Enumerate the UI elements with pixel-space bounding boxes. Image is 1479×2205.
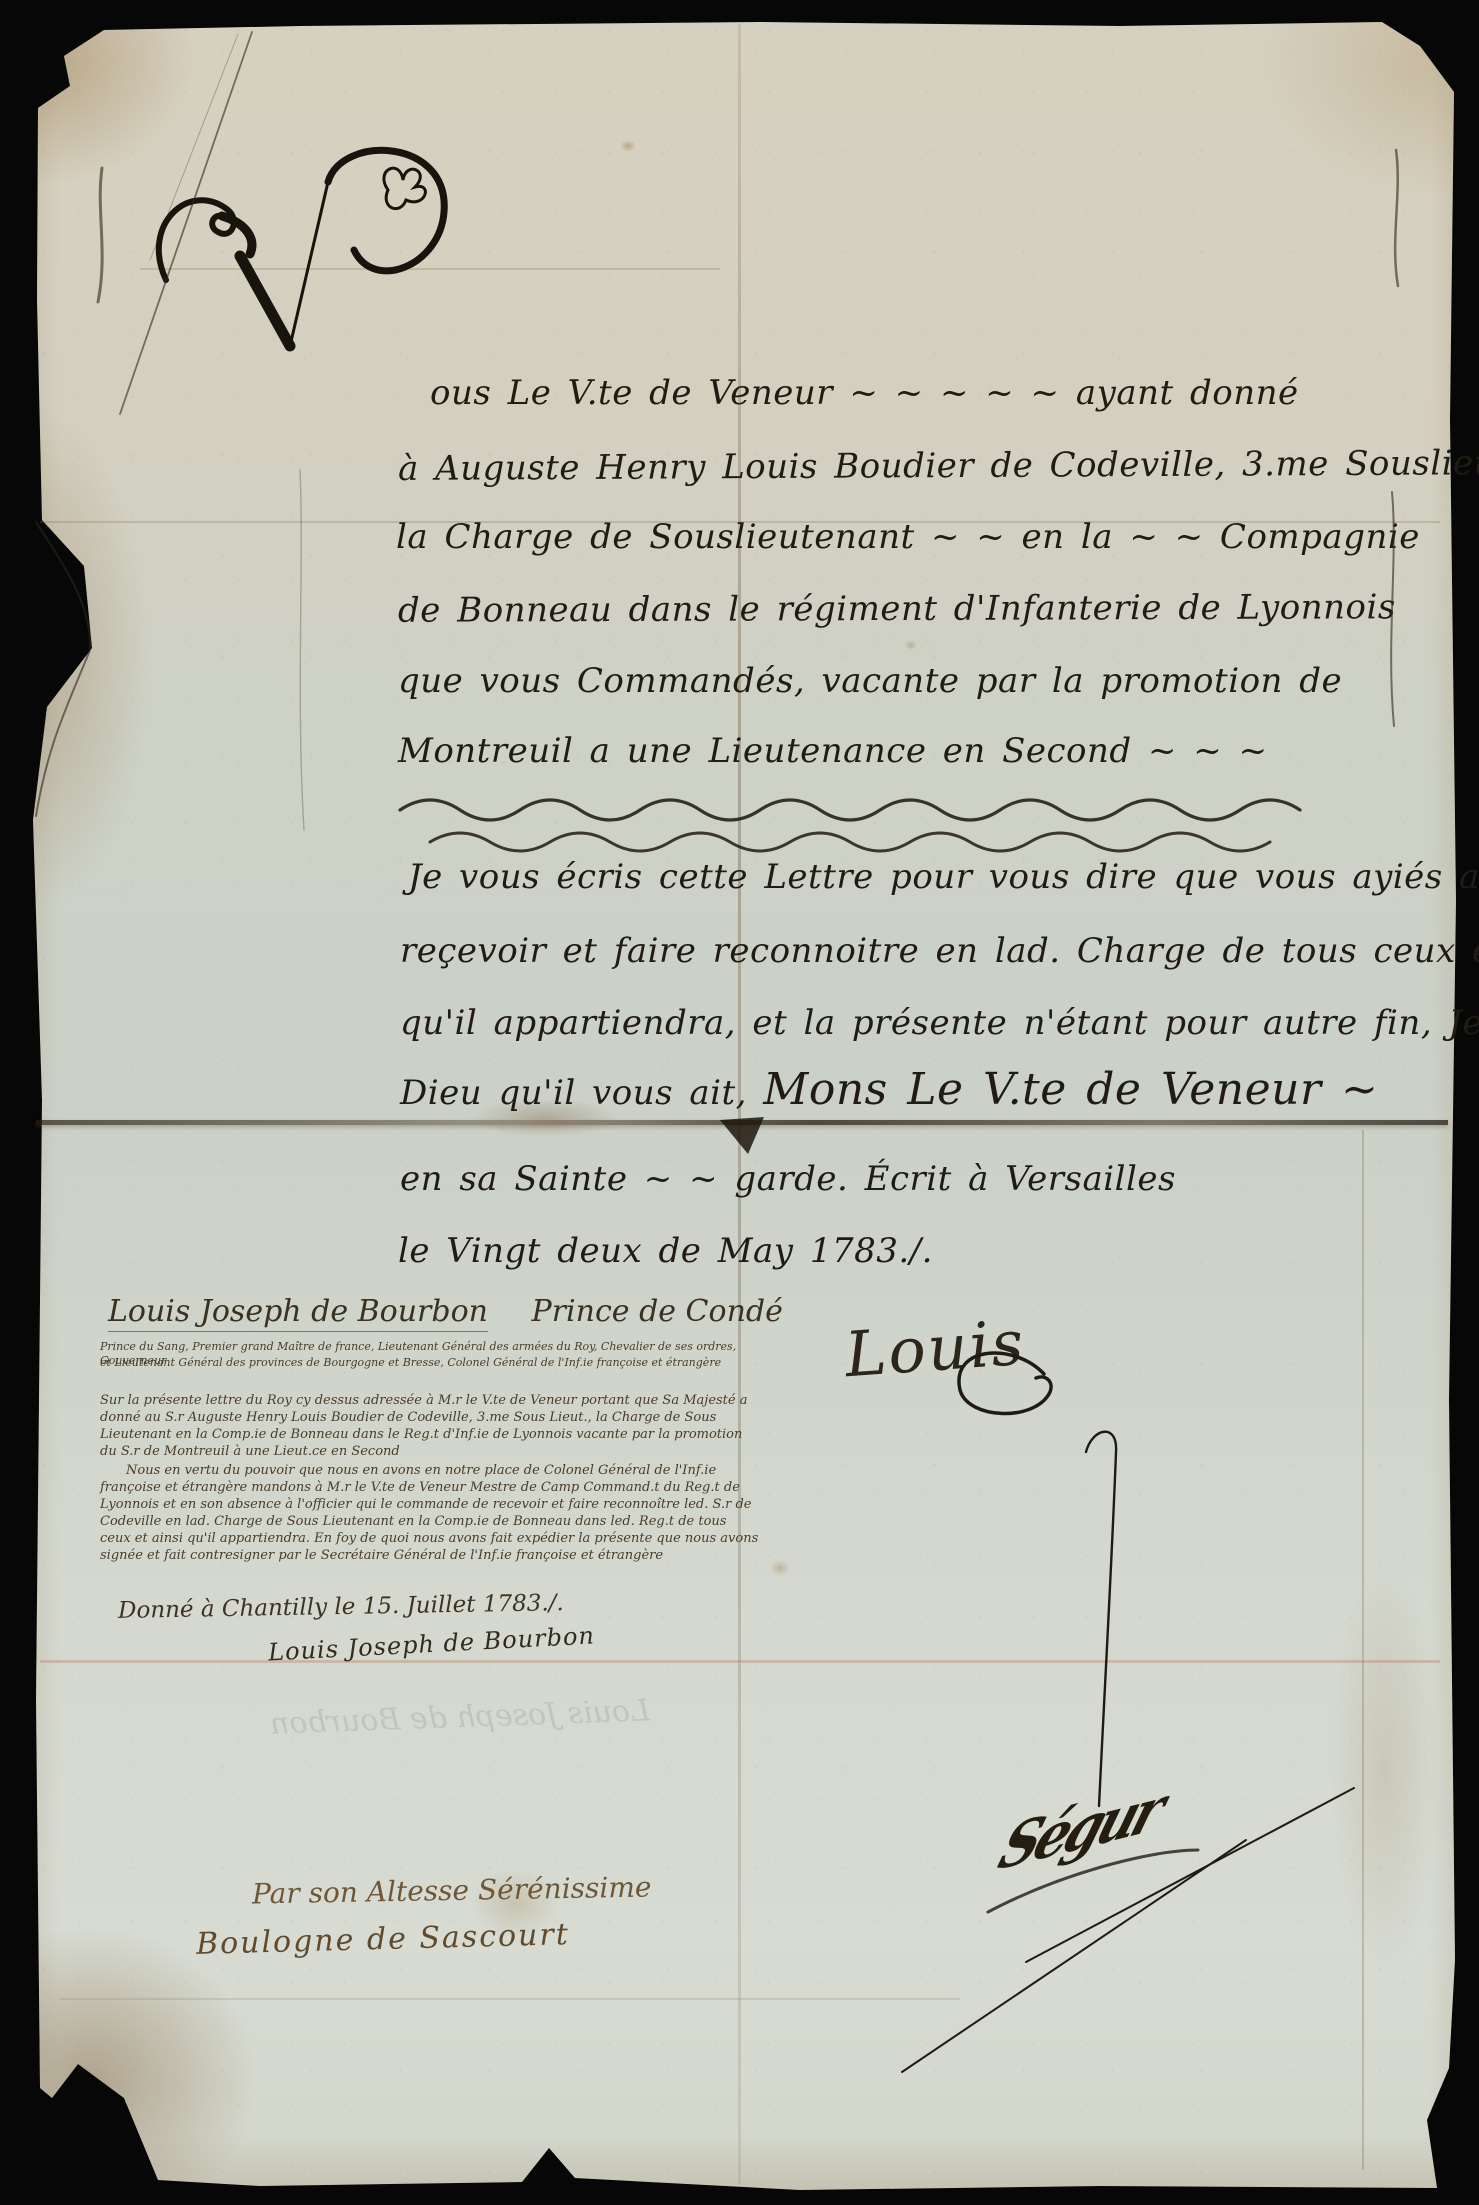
- letter-line-10: Dieu qu'il vous ait, Mons Le V.te de Ven…: [400, 1062, 1378, 1117]
- endorsement-paragraph-2: Nous en vertu du pouvoir que nous en avo…: [100, 1462, 760, 1564]
- letter-line-10-address: Mons Le V.te de Veneur ~: [763, 1064, 1378, 1115]
- initial-M-flourish: [138, 128, 478, 358]
- letter-line-3: la Charge de Souslieutenant ~ ~ en la ~ …: [396, 516, 1420, 559]
- endorsement-titles-2: et Lieutenant Général des provinces de B…: [100, 1356, 760, 1370]
- endorsement-heading-title: Prince de Condé: [532, 1294, 783, 1329]
- letter-line-7: Je vous écris cette Lettre pour vous dir…: [408, 856, 1479, 899]
- royal-signature: Louis: [843, 1306, 1028, 1391]
- letter-line-11: en sa Sainte ~ ~ garde. Écrit à Versaill…: [400, 1158, 1176, 1201]
- endorsement-heading: Louis Joseph de Bourbon Prince de Condé: [108, 1294, 783, 1329]
- endorsement-paragraph-1: Sur la présente lettre du Roy cy dessus …: [100, 1392, 755, 1460]
- letter-line-10-prefix: Dieu qu'il vous ait,: [400, 1073, 747, 1113]
- countersign-line-1: Par son Altesse Sérénissime: [252, 1871, 652, 1911]
- letter-line-8: reçevoir et faire reconnoitre en lad. Ch…: [400, 930, 1479, 973]
- letter-line-2: à Auguste Henry Louis Boudier de Codevil…: [398, 440, 1479, 490]
- letter-line-9: qu'il appartiendra, et la présente n'éta…: [400, 1002, 1479, 1045]
- endorsement-heading-name: Louis Joseph de Bourbon: [108, 1294, 488, 1332]
- letter-line-12: le Vingt deux de May 1783./.: [398, 1230, 933, 1273]
- letter-line-1: ous Le V.te de Veneur ~ ~ ~ ~ ~ ayant do…: [430, 372, 1299, 415]
- letter-line-6: Montreuil a une Lieutenance en Second ~ …: [398, 730, 1268, 773]
- letter-line-4: de Bonneau dans le régiment d'Infanterie…: [398, 586, 1396, 632]
- letter-line-5: que vous Commandés, vacante par la promo…: [398, 660, 1342, 703]
